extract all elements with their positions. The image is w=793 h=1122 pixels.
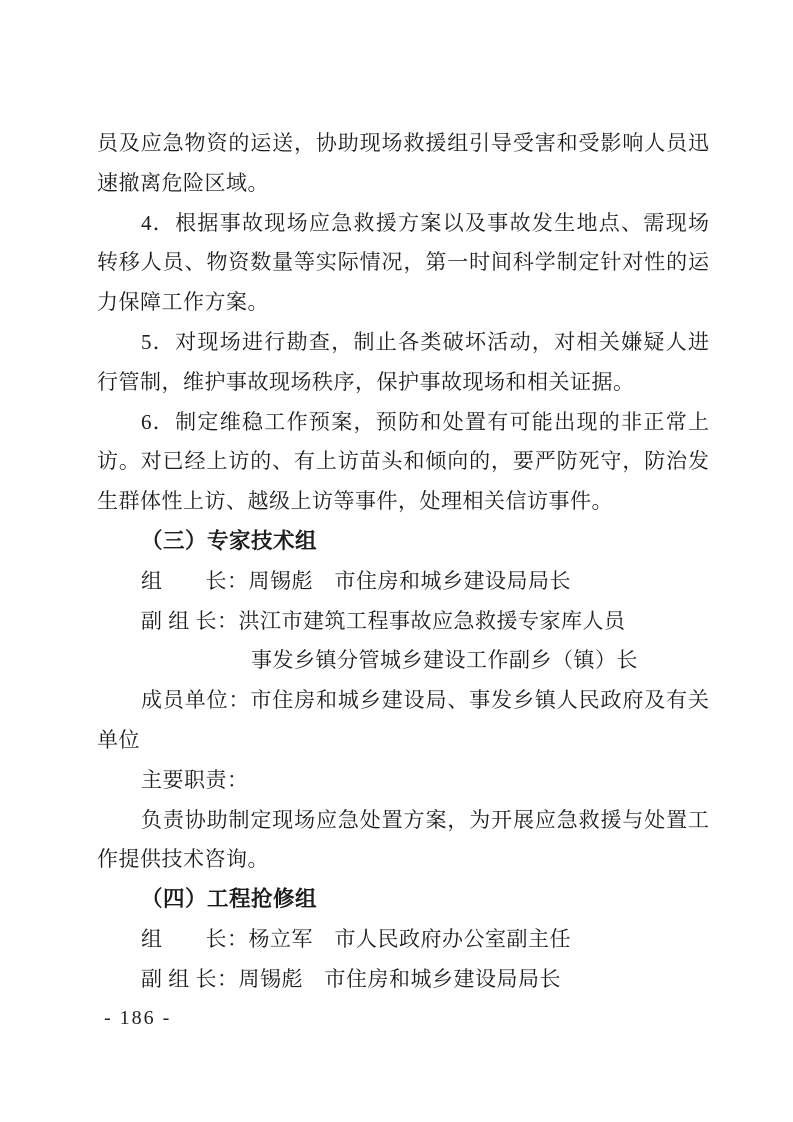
text-line-leader: 组 长：杨立军 市人民政府办公室副主任	[97, 920, 709, 960]
text-line: 速撤离危险区域。	[97, 164, 709, 204]
text-line: 行管制，维护事故现场秩序，保护事故现场和相关证据。	[97, 363, 709, 403]
text-line-deputy: 副 组 长：周锡彪 市住房和城乡建设局局长	[97, 960, 709, 1000]
document-body: 员及应急物资的运送，协助现场救援组引导受害和受影响人员迅 速撤离危险区域。 4．…	[97, 124, 709, 1000]
text-line: 生群体性上访、越级上访等事件，处理相关信访事件。	[97, 482, 709, 522]
text-line-item-6: 6．制定维稳工作预案，预防和处置有可能出现的非正常上	[97, 403, 709, 443]
text-line-deputy-continued: 事发乡镇分管城乡建设工作副乡（镇）长	[97, 641, 709, 681]
text-line-item-4: 4．根据事故现场应急救援方案以及事故发生地点、需现场	[97, 204, 709, 244]
text-line: 作提供技术咨询。	[97, 840, 709, 880]
text-line: 负责协助制定现场应急处置方案，为开展应急救援与处置工	[97, 801, 709, 841]
text-line-deputy: 副 组 长：洪江市建筑工程事故应急救援专家库人员	[97, 602, 709, 642]
text-line: 员及应急物资的运送，协助现场救援组引导受害和受影响人员迅	[97, 124, 709, 164]
section-heading-repair-group: （四）工程抢修组	[97, 880, 709, 920]
text-line-duties-label: 主要职责：	[97, 761, 709, 801]
text-line: 力保障工作方案。	[97, 283, 709, 323]
page-number: - 186 -	[104, 1004, 171, 1032]
text-line-members: 成员单位：市住房和城乡建设局、事发乡镇人民政府及有关	[97, 681, 709, 721]
section-heading-expert-group: （三）专家技术组	[97, 522, 709, 562]
text-line: 访。对已经上访的、有上访苗头和倾向的，要严防死守，防治发	[97, 442, 709, 482]
text-line: 转移人员、物资数量等实际情况，第一时间科学制定针对性的运	[97, 243, 709, 283]
text-line: 单位	[97, 721, 709, 761]
document-page: 员及应急物资的运送，协助现场救援组引导受害和受影响人员迅 速撤离危险区域。 4．…	[0, 0, 793, 1122]
text-line-leader: 组 长：周锡彪 市住房和城乡建设局局长	[97, 562, 709, 602]
text-line-item-5: 5．对现场进行勘查，制止各类破坏活动，对相关嫌疑人进	[97, 323, 709, 363]
